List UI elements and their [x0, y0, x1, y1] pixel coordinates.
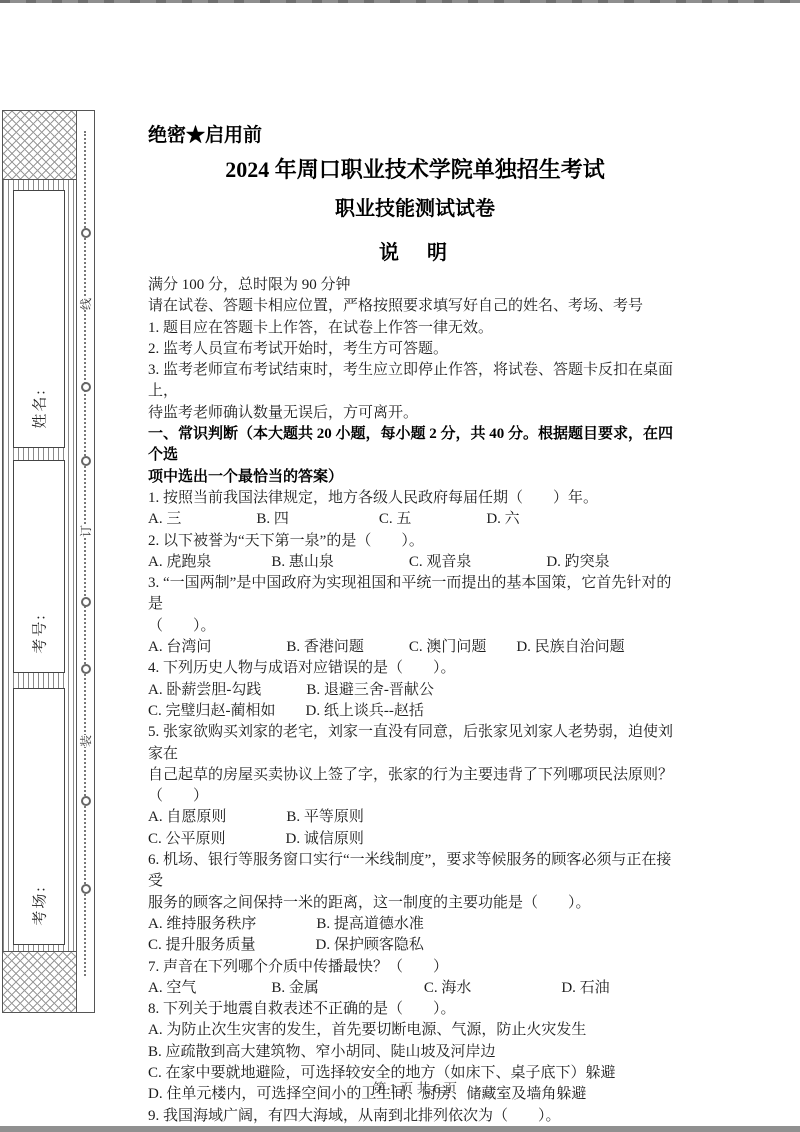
body-line: 服务的顾客之间保持一米的距离，这一制度的主要功能是（ ）。 — [148, 893, 682, 914]
document-content: 绝密★启用前 2024 年周口职业技术学院单独招生考试 职业技能测试试卷 说 明… — [148, 120, 682, 1127]
body-line: 2. 监考人员宣布考试开始时，考生方可答题。 — [148, 339, 682, 360]
body-line: 待监考老师确认数量无误后，方可离开。 — [148, 403, 682, 424]
body-line: （ ）。 — [148, 616, 682, 637]
body-line: C. 完璧归赵-蔺相如 D. 纸上谈兵--赵括 — [148, 701, 682, 722]
binding-pattern-column: 姓名: 考号: 考场: — [3, 111, 77, 1012]
exam-title: 2024 年周口职业技术学院单独招生考试 — [148, 156, 682, 184]
instructions-heading: 说 明 — [148, 240, 682, 266]
body-line: 7. 声音在下列哪个介质中传播最快？（ ） — [148, 957, 682, 978]
body-line: 请在试卷、答题卡相应位置，严格按照要求填写好自己的姓名、考场、考号 — [148, 296, 682, 317]
binding-dotted-line — [84, 131, 86, 976]
binding-hole — [81, 456, 91, 466]
body-line: 自己起草的房屋买卖协议上签了字，张家的行为主要违背了下列哪项民法原则？ — [148, 765, 682, 786]
name-field-label: 姓名: — [29, 388, 50, 428]
body-line: A. 三 B. 四 C. 五 D. 六 — [148, 509, 682, 530]
binding-line-column: 线 订 装 — [77, 111, 94, 1012]
body-line: A. 自愿原则 B. 平等原则 — [148, 807, 682, 828]
secrecy-notice: 绝密★启用前 — [148, 124, 682, 148]
body-lines: 满分 100 分，总时限为 90 分钟请在试卷、答题卡相应位置，严格按照要求填写… — [148, 275, 682, 1127]
exam-paper-page: 姓名: 考号: 考场: 线 订 装 绝密★启用前 2024 年周口职业技术学院单… — [0, 0, 800, 1132]
body-line: （ ） — [148, 786, 682, 807]
body-line: A. 卧薪尝胆-勾践 B. 退避三舍-晋献公 — [148, 680, 682, 701]
binding-hole — [81, 228, 91, 238]
body-line: 1. 按照当前我国法律规定，地方各级人民政府每届任期（ ）年。 — [148, 488, 682, 509]
page-number: 第 1 页 共 6 页 — [148, 1077, 682, 1097]
exam-number-field-label: 考号: — [29, 613, 50, 653]
body-line: C. 提升服务质量 D. 保护顾客隐私 — [148, 935, 682, 956]
body-line: A. 为防止次生灾害的发生，首先要切断电源、气源，防止火灾发生 — [148, 1020, 682, 1041]
body-line: 1. 题目应在答题卡上作答，在试卷上作答一律无效。 — [148, 318, 682, 339]
binding-hole — [81, 796, 91, 806]
body-line: 6. 机场、银行等服务窗口实行“一米线制度”，要求等候服务的顾客必须与正在接受 — [148, 850, 682, 893]
binding-hole — [81, 664, 91, 674]
binding-char-xian: 线 — [78, 298, 94, 310]
body-line: A. 空气 B. 金属 C. 海水 D. 石油 — [148, 978, 682, 999]
body-line: A. 虎跑泉 B. 惠山泉 C. 观音泉 D. 趵突泉 — [148, 552, 682, 573]
binding-strip: 姓名: 考号: 考场: 线 订 装 — [2, 110, 95, 1013]
body-line: 3. “一国两制”是中国政府为实现祖国和平统一而提出的基本国策，它首先针对的是 — [148, 573, 682, 616]
body-line: 9. 我国海域广阔，有四大海域，从南到北排列依次为（ ）。 — [148, 1106, 682, 1127]
page-bottom-rule — [0, 1126, 800, 1132]
exam-room-field-box: 考场: — [13, 688, 65, 945]
crosshatch-bottom — [3, 951, 76, 1012]
binding-hole — [81, 884, 91, 894]
page-top-rule — [0, 0, 800, 3]
exam-number-field-box: 考号: — [13, 460, 65, 673]
crosshatch-top — [3, 111, 76, 180]
body-line: A. 维持服务秩序 B. 提高道德水准 — [148, 914, 682, 935]
body-line: 8. 下列关于地震自救表述不正确的是（ ）。 — [148, 999, 682, 1020]
body-line: 2. 以下被誉为“天下第一泉”的是（ ）。 — [148, 531, 682, 552]
body-line: B. 应疏散到高大建筑物、窄小胡同、陡山坡及河岸边 — [148, 1042, 682, 1063]
binding-hole — [81, 382, 91, 392]
binding-char-zhuang: 装 — [78, 735, 94, 747]
exam-subtitle: 职业技能测试试卷 — [148, 196, 682, 222]
body-line: 满分 100 分，总时限为 90 分钟 — [148, 275, 682, 296]
body-line: 一、常识判断（本大题共 20 小题，每小题 2 分，共 40 分。根据题目要求，… — [148, 424, 682, 467]
body-line: C. 公平原则 D. 诚信原则 — [148, 829, 682, 850]
name-field-box: 姓名: — [13, 190, 65, 448]
body-line: 项中选出一个最恰当的答案） — [148, 467, 682, 488]
body-line: 3. 监考老师宣布考试结束时，考生应立即停止作答，将试卷、答题卡反扣在桌面上， — [148, 360, 682, 403]
body-line: 4. 下列历史人物与成语对应错误的是（ ）。 — [148, 658, 682, 679]
exam-room-field-label: 考场: — [29, 885, 50, 925]
binding-hole — [81, 597, 91, 607]
body-line: A. 台湾问 B. 香港问题 C. 澳门问题 D. 民族自治问题 — [148, 637, 682, 658]
binding-char-ding: 订 — [78, 525, 94, 537]
body-line: 5. 张家欲购买刘家的老宅，刘家一直没有同意，后张家见刘家人老势弱，迫使刘家在 — [148, 722, 682, 765]
